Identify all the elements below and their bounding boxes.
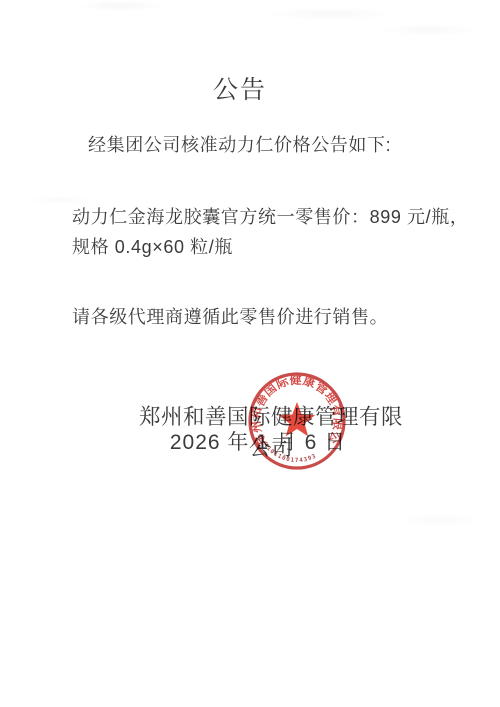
- announcement-document: 公告 经集团公司核准动力仁价格公告如下: 动力仁金海龙胶囊官方统一零售价：899…: [0, 0, 500, 707]
- scan-noise-overlay: [0, 0, 500, 707]
- price-line-1: 动力仁金海龙胶囊官方统一零售价：899 元/瓶，: [72, 203, 468, 229]
- company-seal-stamp: 郑州和善国际健康管理有限公司 4101100174393: [237, 361, 357, 481]
- seal-star-icon: [279, 402, 315, 436]
- notice-line: 请各级代理商遵循此零售价进行销售。: [72, 303, 388, 329]
- paragraph-intro: 经集团公司核准动力仁价格公告如下:: [88, 131, 391, 157]
- price-line-2: 规格 0.4g×60 粒/瓶: [72, 233, 233, 259]
- page-title: 公告: [0, 70, 480, 106]
